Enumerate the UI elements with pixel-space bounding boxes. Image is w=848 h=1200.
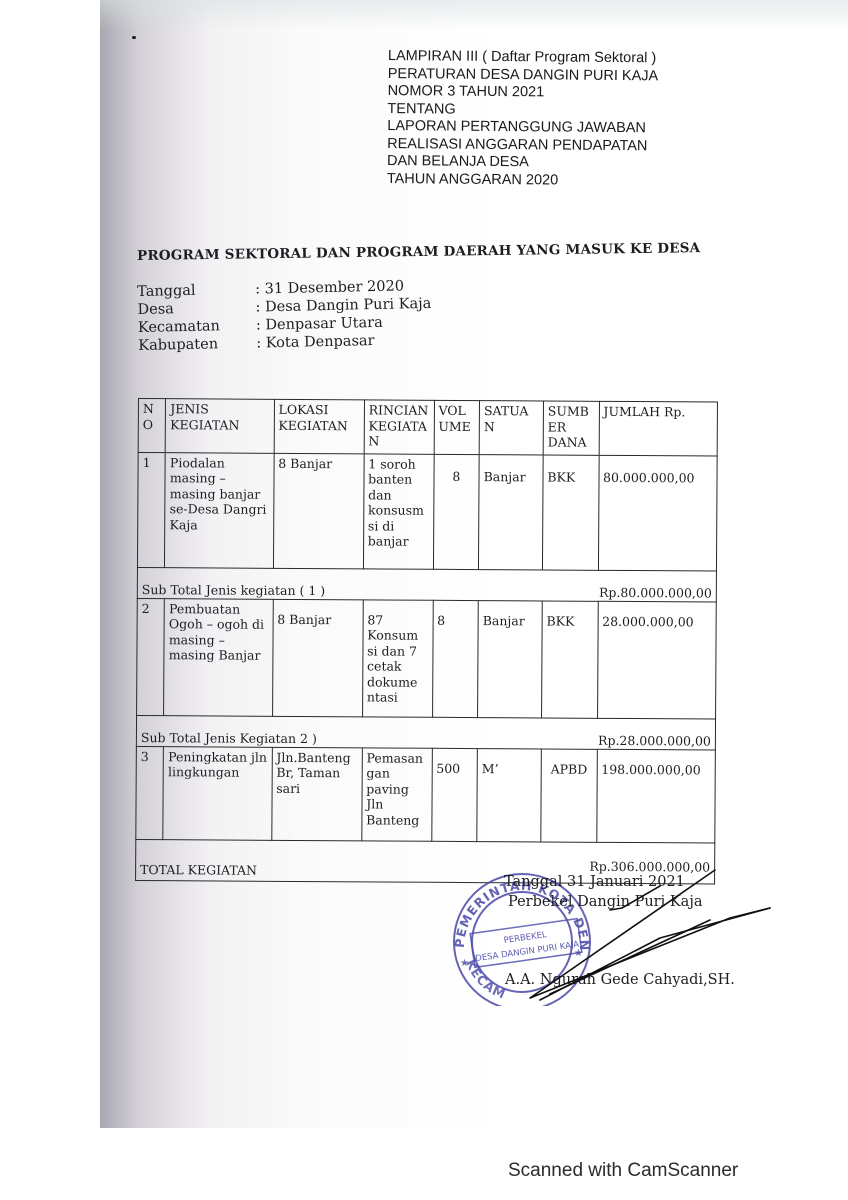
table-row: 3 Peningkatan jln lingkungan Jln.Banteng… <box>136 746 716 843</box>
lampiran-line: LAPORAN PERTANGGUNG JAWABAN <box>387 118 658 138</box>
header-satuan: SATUA N <box>479 401 543 455</box>
lampiran-header: LAMPIRAN III ( Daftar Program Sektoral )… <box>387 48 659 190</box>
subtotal-value: Rp.80.000.000,00 <box>599 585 712 601</box>
subtotal-row: Sub Total Jenis Kegiatan 2 ) Rp.28.000.0… <box>136 715 715 750</box>
cell-jumlah: 80.000.000,00 <box>598 455 717 571</box>
cell-sumber: BKK <box>541 600 597 717</box>
meta-value: : Kota Denpasar <box>256 332 375 352</box>
lampiran-line: TAHUN ANGGARAN 2020 <box>387 170 658 190</box>
cell-rincian: Pemasan gan paving Jln Banteng <box>362 747 432 840</box>
header-sumber-dana: SUMB ER DANA <box>543 401 599 455</box>
header-lokasi-kegiatan: LOKASI KEGIATAN <box>274 399 364 453</box>
cell-lokasi: 8 Banjar <box>272 599 363 717</box>
cell-lokasi: Jln.Banteng Br, Taman sari <box>271 747 362 841</box>
scan-shadow <box>100 0 848 30</box>
cell-satuan: Banjar <box>478 600 542 717</box>
cell-rincian: 1 soroh banten dan konsusm si di banjar <box>363 453 434 568</box>
document-meta: Tanggal : 31 Desember 2020 Desa : Desa D… <box>137 277 432 355</box>
total-label: TOTAL KEGIATAN <box>140 862 257 880</box>
cell-jenis: Pembuatan Ogoh – ogoh di masing – masing… <box>164 598 273 716</box>
subtotal-label: Sub Total Jenis kegiatan ( 1 ) <box>142 582 325 599</box>
lampiran-line: LAMPIRAN III ( Daftar Program Sektoral ) <box>388 48 659 68</box>
cell-volume: 8 <box>432 600 478 717</box>
subtotal-row: Sub Total Jenis kegiatan ( 1 ) Rp.80.000… <box>137 567 716 602</box>
table-header-row: N O JENIS KEGIATAN LOKASI KEGIATAN RINCI… <box>138 399 717 456</box>
table-row: 2 Pembuatan Ogoh – ogoh di masing – masi… <box>137 598 717 719</box>
cell-sumber: BKK <box>542 454 598 569</box>
header-no: N O <box>138 399 166 453</box>
lampiran-line: NOMOR 3 TAHUN 2021 <box>388 83 659 103</box>
cell-no: 3 <box>136 746 164 839</box>
handwritten-signature <box>510 858 790 1018</box>
cell-sumber: APBD <box>541 748 597 841</box>
stamp-star-icon: ★ <box>460 958 469 969</box>
meta-label: Kabupaten <box>138 335 256 355</box>
cell-satuan: Banjar <box>479 454 543 569</box>
cell-volume: 500 <box>431 748 477 841</box>
subtotal-label: Sub Total Jenis Kegiatan 2 ) <box>141 730 317 747</box>
program-table: N O JENIS KEGIATAN LOKASI KEGIATAN RINCI… <box>135 398 718 884</box>
scan-speck <box>132 36 136 39</box>
cell-satuan: M’ <box>477 748 541 841</box>
lampiran-line: DAN BELANJA DESA <box>387 153 658 173</box>
header-volume: VOL UME <box>434 400 480 454</box>
cell-lokasi: 8 Banjar <box>273 453 364 569</box>
header-rincian-kegiatan: RINCIAN KEGIATA N <box>364 400 434 454</box>
camscanner-watermark: Scanned with CamScanner <box>508 1160 738 1182</box>
cell-no: 1 <box>137 452 165 567</box>
subtotal-value: Rp.28.000.000,00 <box>598 733 711 749</box>
cell-no: 2 <box>137 598 165 715</box>
cell-rincian: 87 Konsum si dan 7 cetak dokume ntasi <box>362 599 433 716</box>
cell-jumlah: 28.000.000,00 <box>597 601 716 719</box>
meta-value: : Desa Dangin Puri Kaja <box>255 295 431 317</box>
cell-jenis: Piodalan masing – masing banjar se-Desa … <box>165 452 274 568</box>
cell-jenis: Peningkatan jln lingkungan <box>163 746 272 840</box>
header-jenis-kegiatan: JENIS KEGIATAN <box>165 399 274 453</box>
cell-volume: 8 <box>433 454 479 569</box>
header-jumlah: JUMLAH Rp. <box>599 401 718 455</box>
table-row: 1 Piodalan masing – masing banjar se-Des… <box>137 452 717 571</box>
cell-jumlah: 198.000.000,00 <box>596 749 715 843</box>
